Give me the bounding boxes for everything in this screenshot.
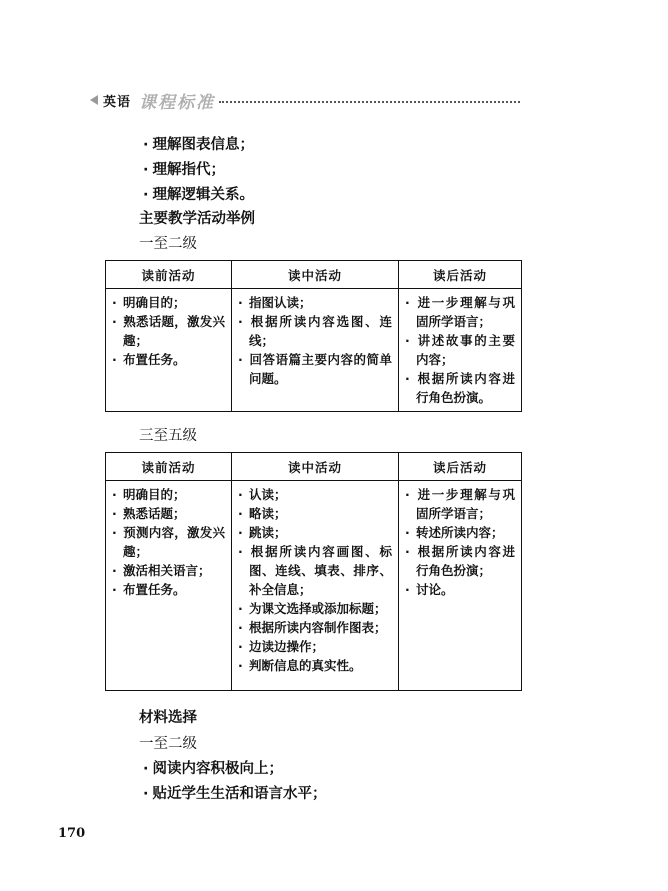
list-item: 进一步理解与巩固所学语言； xyxy=(405,485,515,523)
list-item: 讨论。 xyxy=(405,580,515,599)
list-item: 指图认读； xyxy=(238,293,392,312)
list-item: 布置任务。 xyxy=(112,580,225,599)
header-dotted-rule xyxy=(219,101,520,103)
section-heading-activities: 主要教学活动举例 xyxy=(139,207,255,231)
materials-bullet: 贴近学生生活和语言水平； xyxy=(143,782,327,806)
running-header: 英语 课程标准 xyxy=(90,90,520,110)
column-header-pre-reading: 读前活动 xyxy=(106,453,232,481)
column-header-while-reading: 读中活动 xyxy=(232,453,399,481)
list-item: 认读； xyxy=(238,485,392,504)
list-item: 熟悉话题，激发兴趣； xyxy=(112,312,225,350)
intro-bullet: 理解逻辑关系。 xyxy=(143,183,254,207)
list-item: 判断信息的真实性。 xyxy=(238,656,392,675)
level-label-3-5: 三至五级 xyxy=(139,424,197,448)
intro-bullet: 理解图表信息； xyxy=(143,133,254,157)
cell-post-reading: 进一步理解与巩固所学语言； 讲述故事的主要内容； 根据所读内容进行角色扮演。 xyxy=(399,289,522,412)
list-item: 根据所读内容制作图表； xyxy=(238,618,392,637)
activities-table-level-3-5: 读前活动 读中活动 读后活动 明确目的； 熟悉话题； 预测内容，激发兴趣； 激活… xyxy=(105,452,522,691)
cell-post-reading: 进一步理解与巩固所学语言； 转述所读内容； 根据所读内容进行角色扮演； 讨论。 xyxy=(399,481,522,691)
column-header-pre-reading: 读前活动 xyxy=(106,261,232,289)
materials-level-label: 一至二级 xyxy=(139,732,197,756)
activities-table-level-1-2: 读前活动 读中活动 读后活动 明确目的； 熟悉话题，激发兴趣； 布置任务。 指图… xyxy=(105,260,522,412)
column-header-post-reading: 读后活动 xyxy=(399,453,522,481)
cell-pre-reading: 明确目的； 熟悉话题，激发兴趣； 布置任务。 xyxy=(106,289,232,412)
materials-bullet: 阅读内容积极向上； xyxy=(143,757,283,781)
column-header-while-reading: 读中活动 xyxy=(232,261,399,289)
list-item: 根据所读内容进行角色扮演。 xyxy=(405,369,515,407)
level-label-1-2: 一至二级 xyxy=(139,232,197,256)
cell-while-reading: 指图认读； 根据所读内容选图、连线； 回答语篇主要内容的简单问题。 xyxy=(232,289,399,412)
list-item: 激活相关语言； xyxy=(112,561,225,580)
list-item: 讲述故事的主要内容； xyxy=(405,331,515,369)
cell-while-reading: 认读； 略读； 跳读； 根据所读内容画图、标图、连线、填表、排序、补全信息； 为… xyxy=(232,481,399,691)
header-title: 课程标准 xyxy=(139,88,215,113)
list-item: 布置任务。 xyxy=(112,350,225,369)
list-item: 根据所读内容画图、标图、连线、填表、排序、补全信息； xyxy=(238,542,392,599)
list-item: 根据所读内容进行角色扮演； xyxy=(405,542,515,580)
cell-pre-reading: 明确目的； 熟悉话题； 预测内容，激发兴趣； 激活相关语言； 布置任务。 xyxy=(106,481,232,691)
list-item: 根据所读内容选图、连线； xyxy=(238,312,392,350)
list-item: 边读边操作； xyxy=(238,637,392,656)
list-item: 明确目的； xyxy=(112,485,225,504)
page-number: 170 xyxy=(58,826,85,841)
section-heading-materials: 材料选择 xyxy=(139,706,197,730)
list-item: 预测内容，激发兴趣； xyxy=(112,523,225,561)
list-item: 为课文选择或添加标题； xyxy=(238,599,392,618)
list-item: 跳读； xyxy=(238,523,392,542)
list-item: 熟悉话题； xyxy=(112,504,225,523)
list-item: 转述所读内容； xyxy=(405,523,515,542)
list-item: 略读； xyxy=(238,504,392,523)
list-item: 回答语篇主要内容的简单问题。 xyxy=(238,350,392,388)
intro-bullet: 理解指代； xyxy=(143,158,225,182)
triangle-left-icon xyxy=(90,95,98,105)
list-item: 进一步理解与巩固所学语言； xyxy=(405,293,515,331)
list-item: 明确目的； xyxy=(112,293,225,312)
column-header-post-reading: 读后活动 xyxy=(399,261,522,289)
header-subject: 英语 xyxy=(103,91,131,110)
